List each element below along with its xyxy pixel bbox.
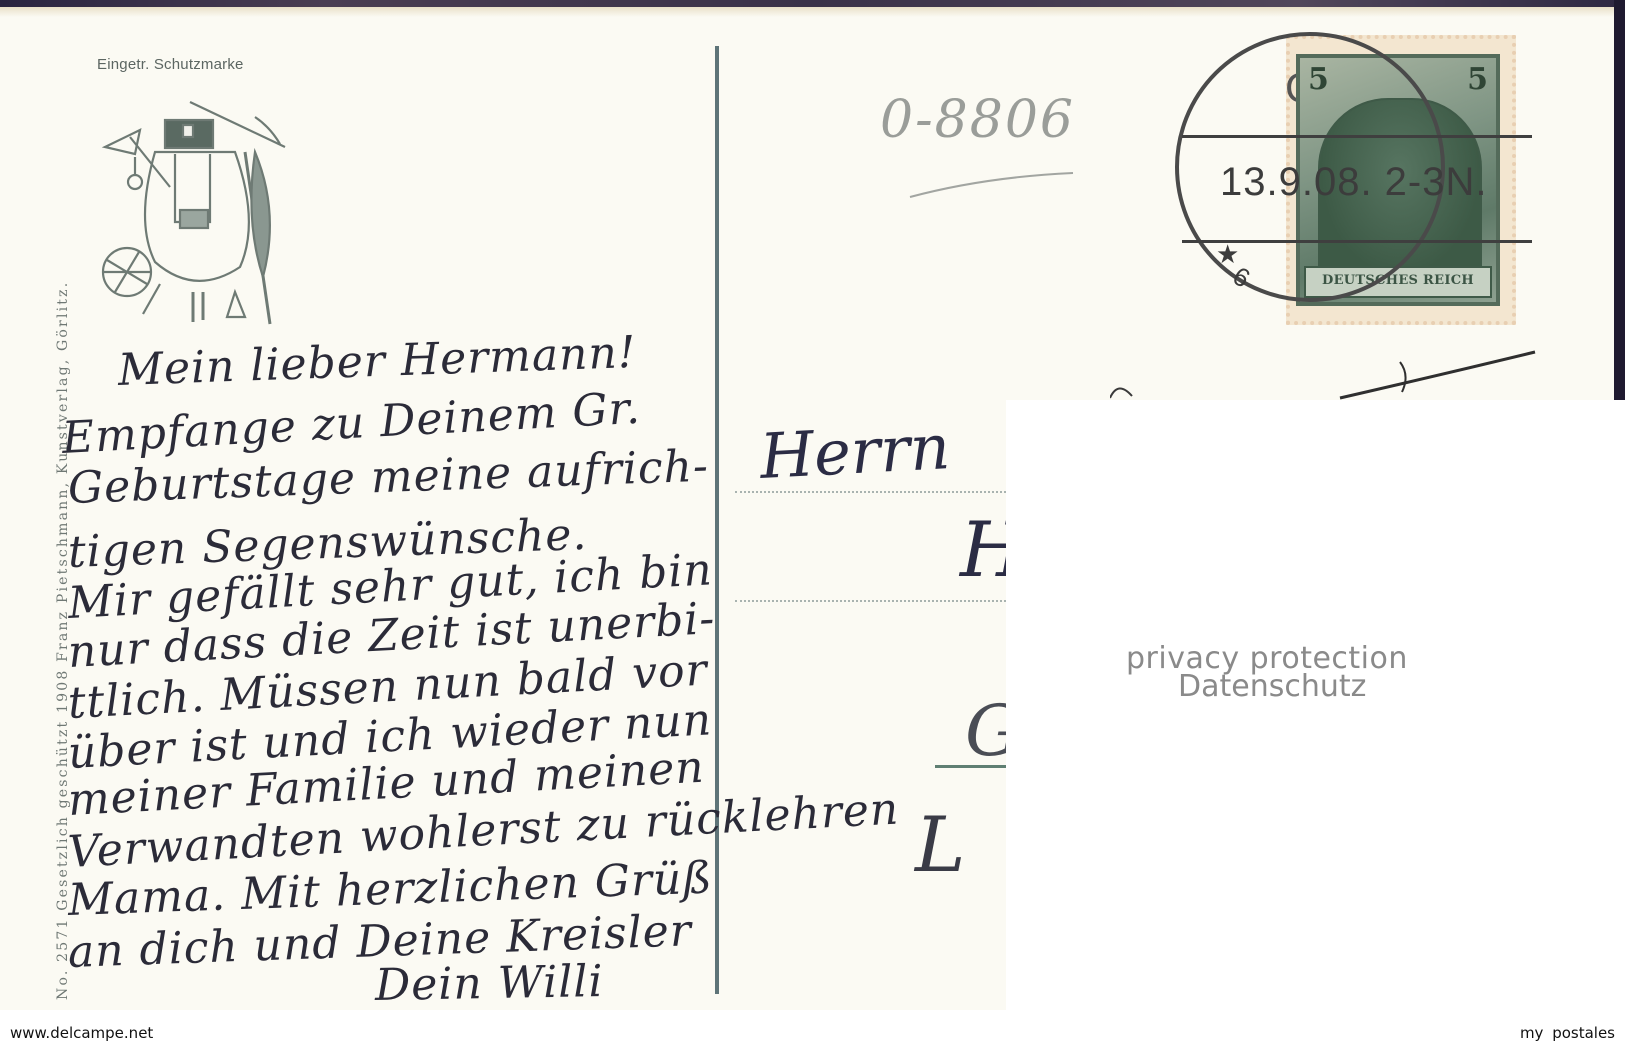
card-top-edge-shadow (0, 7, 1625, 17)
address-line-street: L (915, 800, 965, 889)
pencil-underline (905, 165, 1075, 205)
trademark-label: Eingetr. Schutzmarke (97, 56, 244, 73)
message-line: Mein lieber Hermann! (117, 327, 637, 396)
address-pen-stroke (1110, 340, 1540, 400)
address-divider-line (715, 46, 719, 994)
stamp-value-right: 5 (1467, 62, 1488, 97)
catalog-number-note: 0-8806 (880, 90, 1075, 150)
card-right-edge (1614, 0, 1625, 402)
address-line-recipient: Herrn (758, 410, 952, 493)
mountaineering-gear-emblem-icon (95, 92, 295, 332)
watermark-delcampe: www.delcampe.net (10, 1024, 153, 1042)
message-line: Dein Willi (375, 956, 604, 1010)
watermark-mypostales: my postales (1520, 1024, 1615, 1042)
card-top-edge (0, 0, 1625, 7)
address-line-2 (735, 600, 1010, 602)
postmark-bar-top (1182, 135, 1532, 138)
privacy-mask: privacy protection Datenschutz (1006, 400, 1625, 1010)
postmark-date: 13.9.08. 2-3N. (1220, 160, 1488, 205)
privacy-line-de: Datenschutz (1006, 673, 1625, 701)
postmark-star-icon: ★ (1216, 240, 1239, 270)
privacy-notice: privacy protection Datenschutz (1006, 645, 1625, 701)
